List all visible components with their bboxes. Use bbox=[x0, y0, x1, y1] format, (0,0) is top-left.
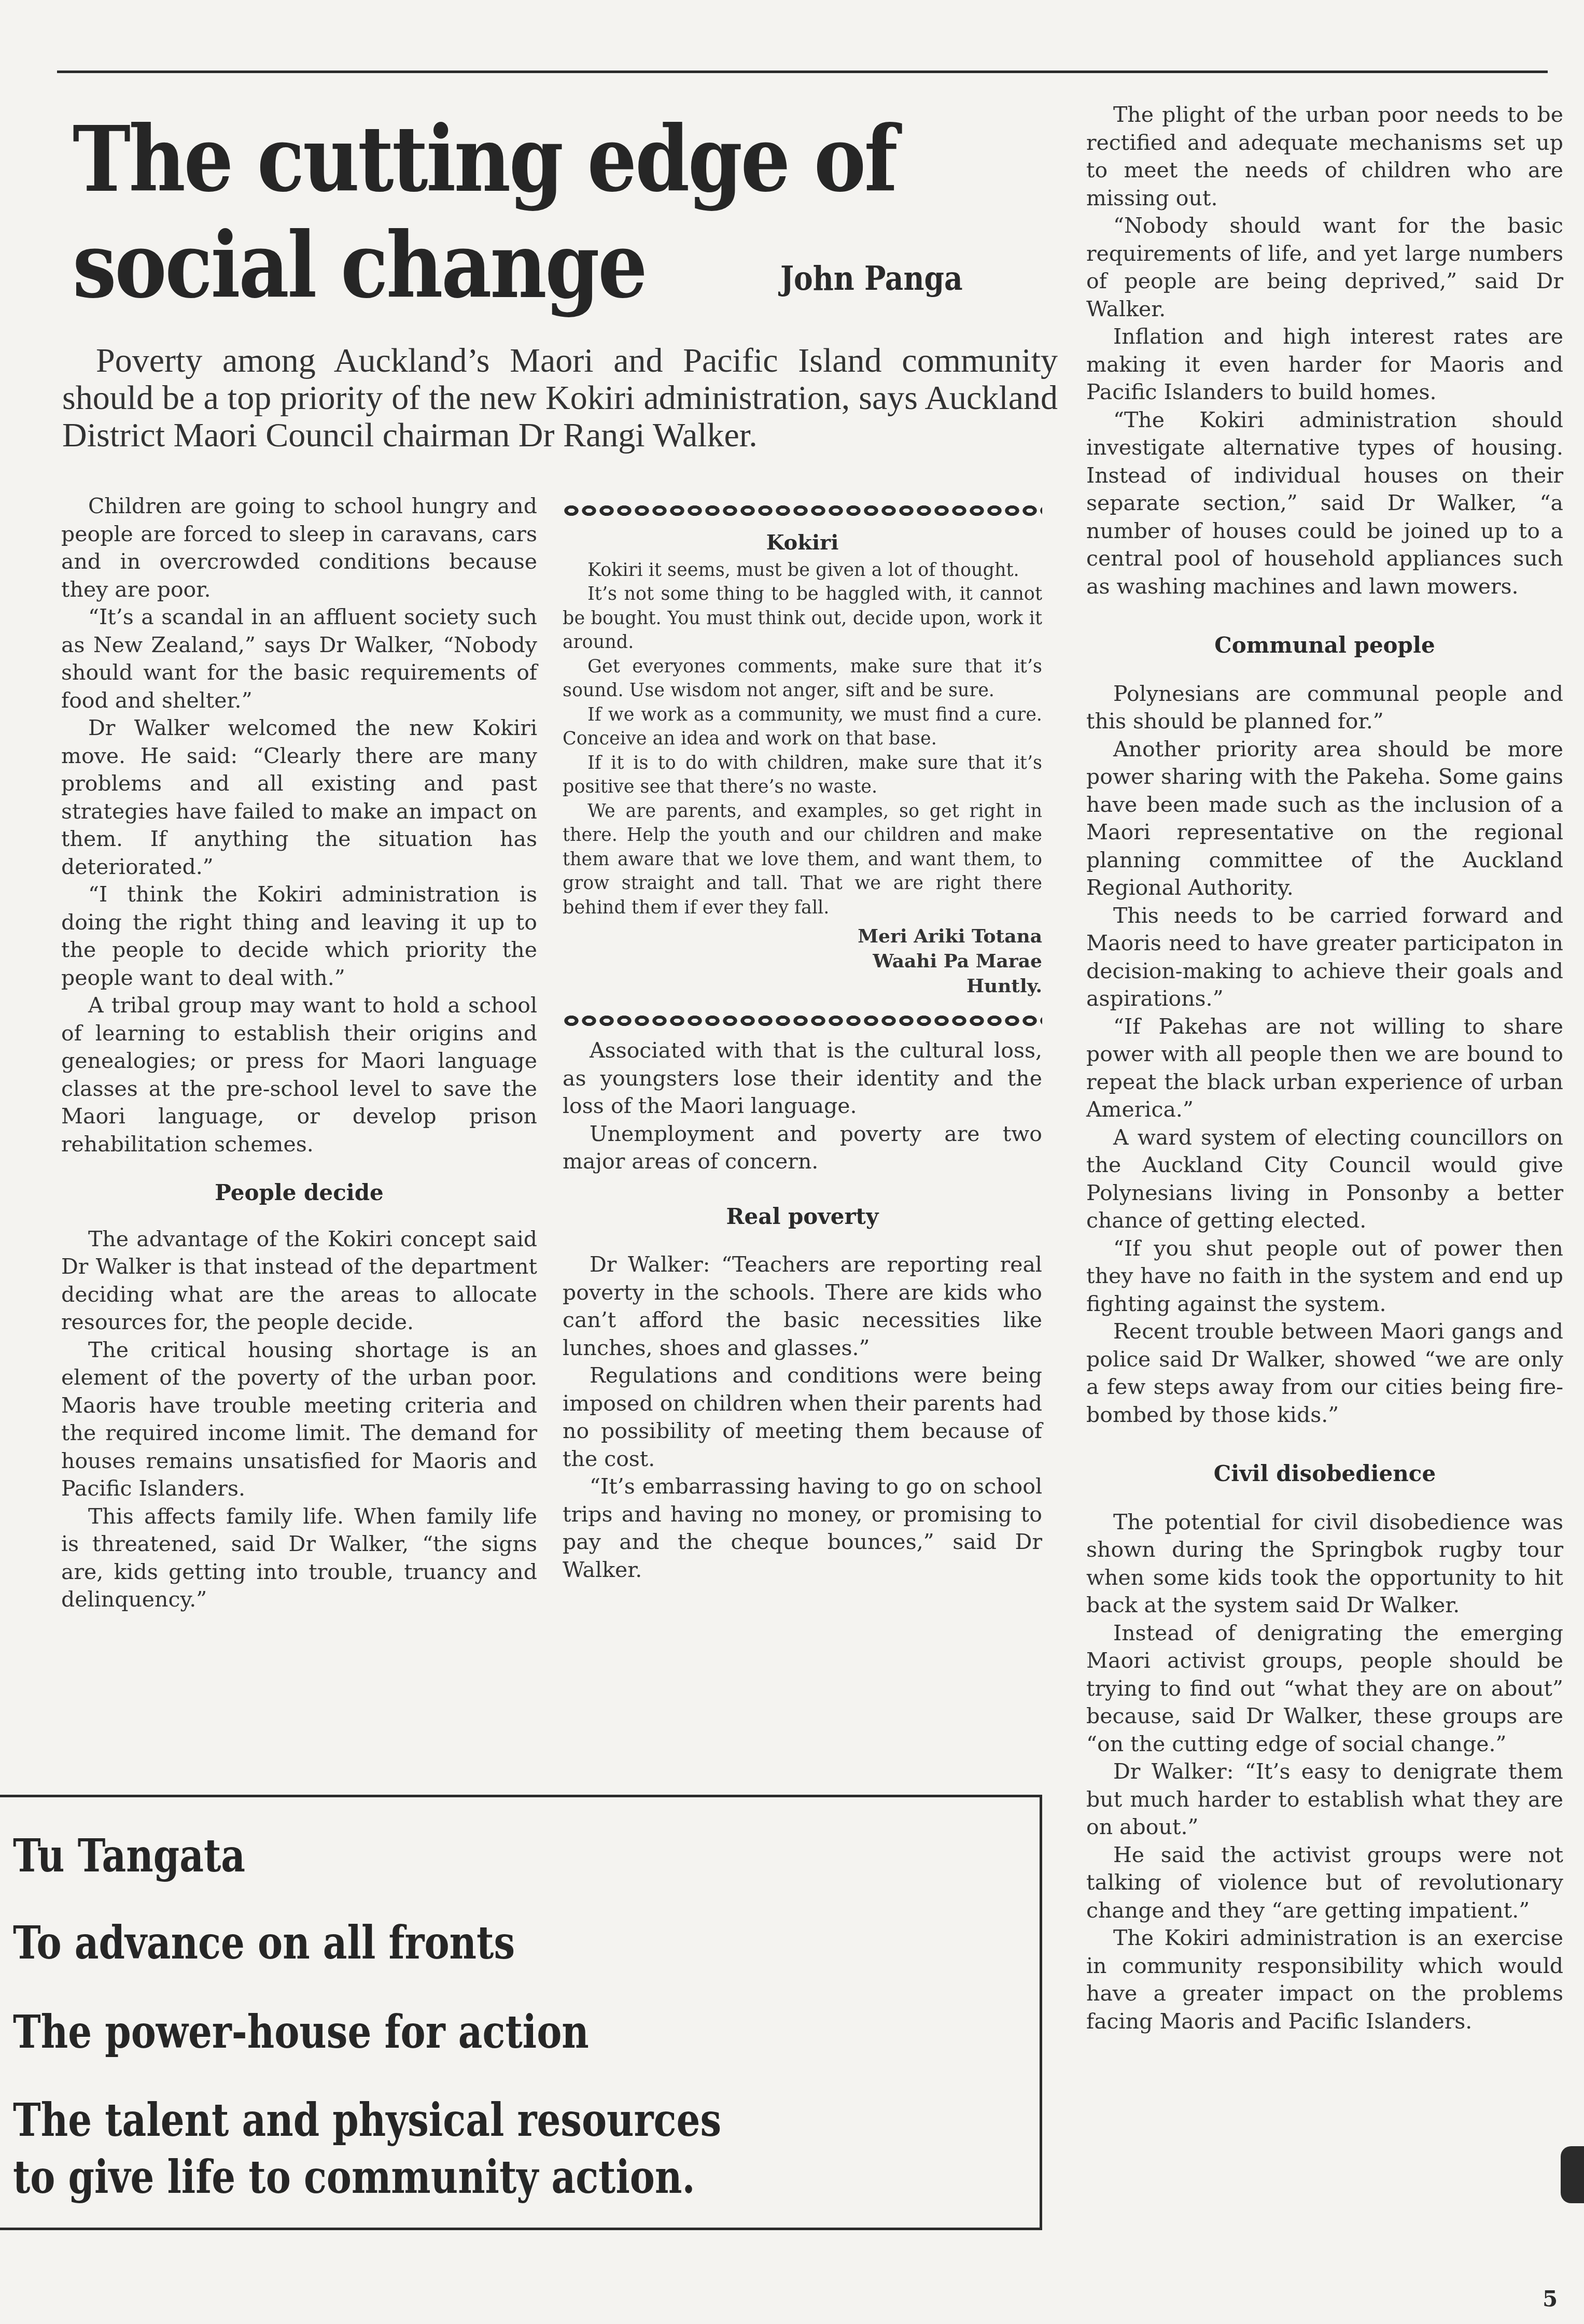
paragraph: The critical housing shortage is an elem… bbox=[61, 1336, 537, 1503]
paragraph: The potential for civil disobedience was… bbox=[1086, 1509, 1563, 1619]
subheading-real-poverty: Real poverty bbox=[563, 1203, 1042, 1231]
subheading-people-decide: People decide bbox=[61, 1179, 537, 1207]
subheading-civil-disobedience: Civil disobedience bbox=[1086, 1460, 1563, 1488]
poem-stanza: If it is to do with children, make sure … bbox=[563, 751, 1042, 799]
paragraph: Dr Walker: “It’s easy to denigrate them … bbox=[1086, 1758, 1563, 1841]
tu-tangata-slogan-2: The power-house for action bbox=[13, 2005, 589, 2059]
paragraph: “The Kokiri administration should invest… bbox=[1086, 406, 1563, 601]
paragraph: “If you shut people out of power then th… bbox=[1086, 1235, 1563, 1318]
paragraph: Associated with that is the cultural los… bbox=[563, 1037, 1042, 1120]
paragraph: This needs to be carried forward and Mao… bbox=[1086, 902, 1563, 1013]
middle-column: Kokiri Kokiri it seems, must be given a … bbox=[563, 498, 1042, 1584]
paragraph: Dr Walker: “Teachers are reporting real … bbox=[563, 1251, 1042, 1362]
subheading-communal-people: Communal people bbox=[1086, 631, 1563, 659]
byline: John Panga bbox=[780, 259, 963, 298]
paragraph: “I think the Kokiri administration is do… bbox=[61, 881, 537, 992]
top-rule bbox=[57, 71, 1548, 73]
chain-divider-bottom bbox=[563, 1012, 1042, 1030]
poem-stanza: Kokiri it seems, must be given a lot of … bbox=[563, 558, 1042, 583]
paragraph: Dr Walker welcomed the new Kokiri move. … bbox=[61, 714, 537, 881]
tu-tangata-slogan-3b: to give life to community action. bbox=[13, 2150, 695, 2204]
poem-author: Meri Ariki Totana bbox=[563, 924, 1042, 949]
poem-stanza: It’s not some thing to be haggled with, … bbox=[563, 582, 1042, 655]
poem-location-1: Waahi Pa Marae bbox=[563, 949, 1042, 974]
paragraph: Unemployment and poverty are two major a… bbox=[563, 1120, 1042, 1176]
paragraph: “It’s embarrassing having to go on schoo… bbox=[563, 1473, 1042, 1584]
paragraph: This affects family life. When family li… bbox=[61, 1503, 537, 1614]
tu-tangata-slogan-1: To advance on all fronts bbox=[13, 1915, 515, 1969]
standfirst: Poverty among Auckland’s Maori and Pacif… bbox=[62, 342, 1058, 454]
paragraph: The advantage of the Kokiri concept said… bbox=[61, 1226, 537, 1336]
left-column: Children are going to school hungry and … bbox=[61, 492, 537, 1614]
paragraph: He said the activist groups were not tal… bbox=[1086, 1841, 1563, 1925]
chain-divider-top bbox=[563, 502, 1042, 519]
poem-location-2: Huntly. bbox=[563, 974, 1042, 998]
paragraph: Inflation and high interest rates are ma… bbox=[1086, 323, 1563, 406]
paragraph: The Kokiri administration is an exercise… bbox=[1086, 1924, 1563, 2035]
paragraph: The plight of the urban poor needs to be… bbox=[1086, 101, 1563, 212]
paragraph: Children are going to school hungry and … bbox=[61, 492, 537, 603]
headline-line-1: The cutting edge of bbox=[73, 106, 920, 213]
poem-stanza: If we work as a community, we must find … bbox=[563, 703, 1042, 751]
paragraph: “If Pakehas are not willing to share pow… bbox=[1086, 1013, 1563, 1124]
poem-stanza: We are parents, and examples, so get rig… bbox=[563, 799, 1042, 920]
page-number: 5 bbox=[1543, 2286, 1558, 2312]
kokiri-poem: Kokiri Kokiri it seems, must be given a … bbox=[563, 531, 1042, 998]
tu-tangata-slogan-3a: The talent and physical resources bbox=[13, 2093, 721, 2147]
right-column: The plight of the urban poor needs to be… bbox=[1086, 101, 1563, 2035]
tu-tangata-title: Tu Tangata bbox=[13, 1828, 245, 1882]
paragraph: “It’s a scandal in an affluent society s… bbox=[61, 603, 537, 714]
decorative-corner-mark bbox=[1561, 2146, 1584, 2203]
poem-signature: Meri Ariki Totana Waahi Pa Marae Huntly. bbox=[563, 924, 1042, 998]
paragraph: Instead of denigrating the emerging Maor… bbox=[1086, 1619, 1563, 1758]
tu-tangata-box: Tu Tangata To advance on all fronts The … bbox=[0, 1795, 1042, 2230]
paragraph: “Nobody should want for the basic requir… bbox=[1086, 212, 1563, 323]
paragraph: A ward system of electing councillors on… bbox=[1086, 1124, 1563, 1235]
paragraph: Polynesians are communal people and this… bbox=[1086, 680, 1563, 736]
paragraph: Regulations and conditions were being im… bbox=[563, 1362, 1042, 1473]
paragraph: Recent trouble between Maori gangs and p… bbox=[1086, 1318, 1563, 1429]
paragraph: A tribal group may want to hold a school… bbox=[61, 992, 537, 1158]
poem-title: Kokiri bbox=[563, 531, 1042, 555]
paragraph: Another priority area should be more pow… bbox=[1086, 736, 1563, 902]
poem-stanza: Get everyones comments, make sure that i… bbox=[563, 655, 1042, 703]
